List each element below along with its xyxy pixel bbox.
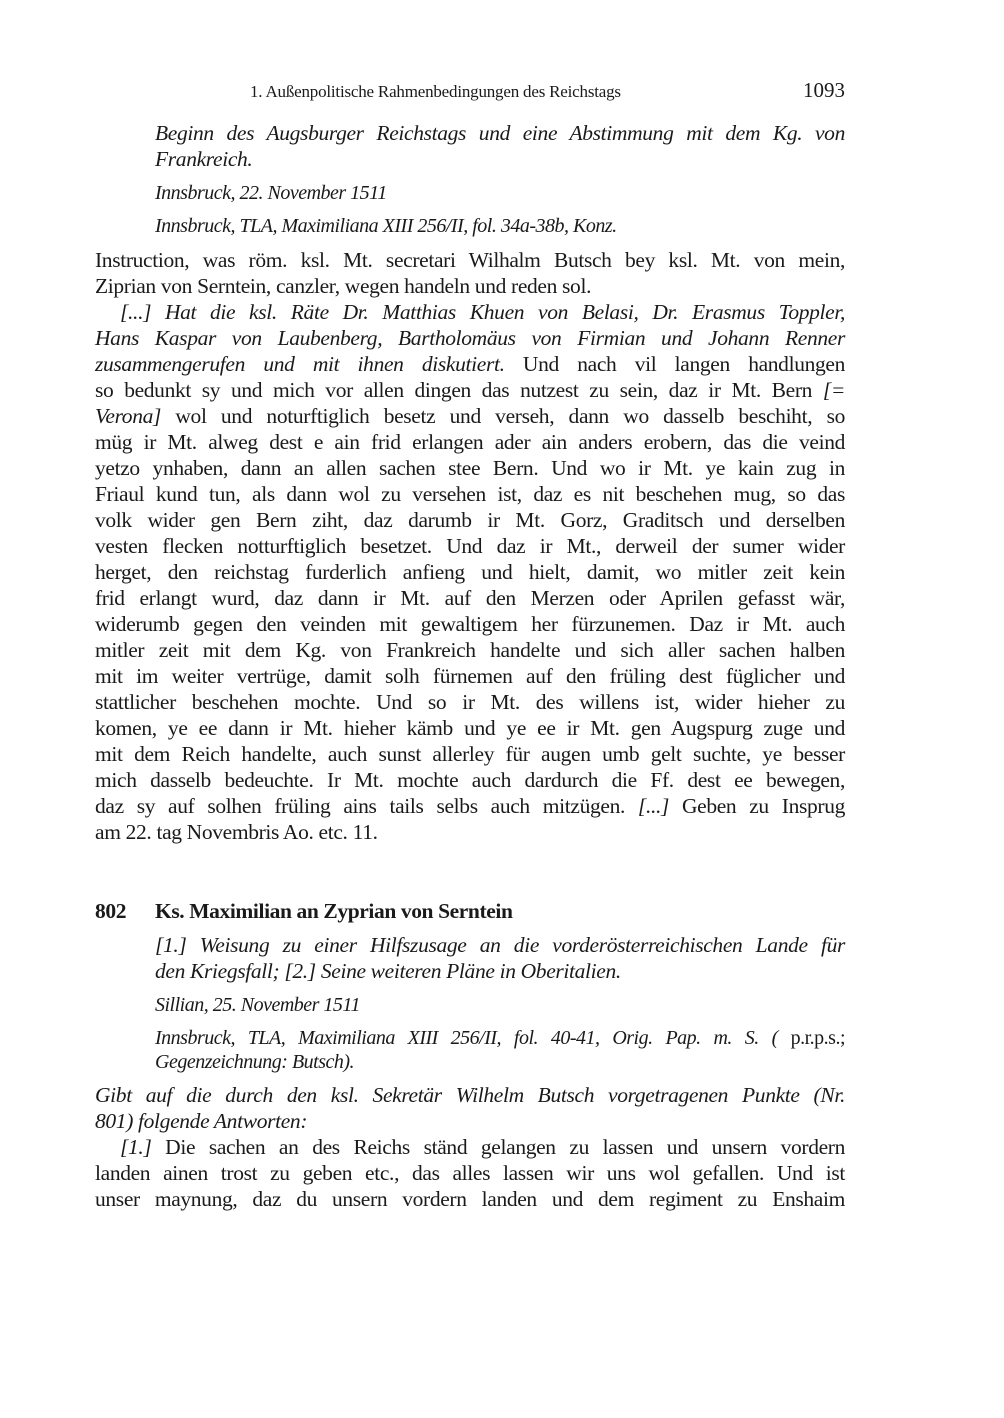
doc-number: 802 [95,899,155,924]
section-marker: [1.] [120,1135,151,1159]
doc802-body-line: unser maynung, daz du unsern vordern lan… [95,1186,845,1212]
running-head: 1. Außenpolitische Rahmenbedingungen des… [250,82,621,102]
doc801-para-line: Verona] wol und noturftiglich besetz und… [95,403,845,429]
doc802-summary-line: den Kriegsfall; [2.] Seine weiteren Plän… [155,958,845,984]
doc801-para-line: komen, ye ee dann ir Mt. hieher kämb und… [95,715,845,741]
doc802-source-line: Gegenzeichnung: Butsch). [155,1049,845,1075]
editorial-note: Verona] [95,404,161,428]
doc801-body-line: Ziprian von Serntein, canzler, wegen han… [95,273,845,299]
doc802-place-date: Sillian, 25. November 1511 [155,992,845,1018]
doc801-para-line: Hans Kaspar von Laubenberg, Bartholomäus… [95,325,845,351]
doc801-para-line: daz sy auf solhen früling ains tails sel… [95,793,845,819]
doc801-para-line: mit dem Reich handelte, auch sunst aller… [95,741,845,767]
doc801-para-line: herget, den reichstag furderlich anfieng… [95,559,845,585]
doc801-summary-line: Frankreich. [155,146,845,172]
doc802-source-line: Innsbruck, TLA, Maximiliana XIII 256/II,… [155,1025,845,1051]
doc801-para-line: stattlicher beschehen mochte. Und so ir … [95,689,845,715]
doc801-para-line: yetzo ynhaben, dann an allen sachen stee… [95,455,845,481]
doc802-regest-line: 801) folgende Antworten: [95,1108,845,1134]
page-number: 1093 [795,78,845,103]
doc801-body-line: Instruction, was röm. ksl. Mt. secretari… [95,247,845,273]
doc802-body-line: [1.] Die sachen an des Reichs ständ gela… [95,1134,845,1160]
source-text: Geben zu Insprug [669,794,845,818]
source-citation: Innsbruck, TLA, Maximiliana XIII 256/II,… [155,1027,778,1049]
doc801-para-line: so bedunkt sy und mich vor allen dingen … [95,377,845,403]
editorial-note: [= [823,378,845,402]
doc801-para-line: volk wider gen Bern ziht, daz darumb ir … [95,507,845,533]
doc801-para-line: frid erlangt wurd, daz dann ir Mt. auf d… [95,585,845,611]
doc801-para-line: mit im weiter vertrüge, damit solh fürne… [95,663,845,689]
source-text: so bedunkt sy und mich vor allen dingen … [95,378,823,402]
doc802-regest-line: Gibt auf die durch den ksl. Sekretär Wil… [95,1082,845,1108]
editorial-summary: zusammengerufen und mit ihnen diskutiert… [95,352,505,376]
doc801-para-line: am 22. tag Novembris Ao. etc. 11. [95,819,845,845]
doc801-source: Innsbruck, TLA, Maximiliana XIII 256/II,… [155,213,845,239]
source-text: Und nach vil langen handlungen [505,352,845,376]
doc802-heading: 802Ks. Maximilian an Zyprian von Serntei… [95,899,513,924]
doc801-para-line: [...] Hat die ksl. Räte Dr. Matthias Khu… [95,299,845,325]
source-abbrev: p.r.p.s.; [778,1027,845,1049]
source-text: Die sachen an des Reichs ständ gelangen … [151,1135,845,1159]
doc801-place-date: Innsbruck, 22. November 1511 [155,180,845,206]
doc-title: Ks. Maximilian an Zyprian von Serntein [155,899,513,923]
doc802-summary-line: [1.] Weisung zu einer Hilfszusage an die… [155,932,845,958]
doc801-para-line: mitler zeit mit dem Kg. von Frankreich h… [95,637,845,663]
doc801-summary-line: Beginn des Augsburger Reichstags und ein… [155,120,845,146]
doc801-para-line: widerumb gegen den veinden mit gewaltige… [95,611,845,637]
doc801-para-line: Friaul kund tun, als dann wol zu versehe… [95,481,845,507]
doc801-para-line: mich dasselb bedeuchte. Ir Mt. mochte au… [95,767,845,793]
source-text: wol und noturftiglich besetz und verseh,… [161,404,845,428]
doc801-para-line: müg ir Mt. alweg dest e ain frid erlange… [95,429,845,455]
document-page: 1. Außenpolitische Rahmenbedingungen des… [0,0,1004,1418]
doc802-body-line: landen ainen trost zu geben etc., das al… [95,1160,845,1186]
omission-mark: [...] [638,794,669,818]
doc801-para-line: vesten flecken notturftiglich besetzet. … [95,533,845,559]
source-text: daz sy auf solhen früling ains tails sel… [95,794,638,818]
doc801-para-line: zusammengerufen und mit ihnen diskutiert… [95,351,845,377]
